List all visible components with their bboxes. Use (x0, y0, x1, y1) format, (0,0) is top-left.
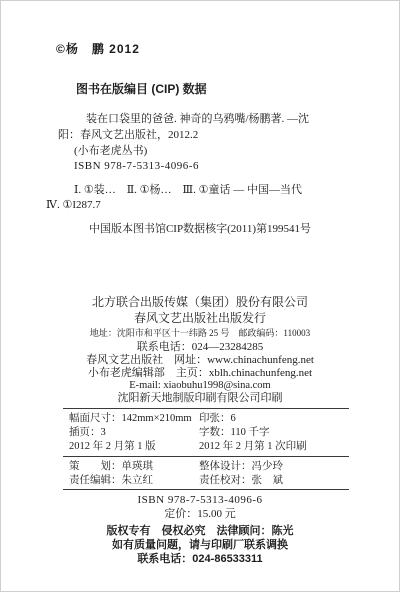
divider-top (63, 408, 349, 409)
table-row: 幅面尺寸：142mm×210mm 印张：6 (69, 413, 349, 425)
price-line: 定价：15.00 元 (1, 508, 399, 520)
table-row: 责任编辑：朱立红 责任校对：张 斌 (69, 475, 349, 487)
table-row: 2012 年 2 月第 1 版 2012 年 2 月第 1 次印刷 (69, 441, 349, 453)
table-row: 策 划：单瑛琪 整体设计：冯少玲 (69, 461, 349, 473)
cip-heading: 图书在版编目 (CIP) 数据 (76, 83, 207, 96)
spec-printing: 2012 年 2 月第 1 次印刷 (199, 441, 307, 453)
copyright-line: ©杨 鹏 2012 (56, 43, 140, 56)
publisher-email: E-mail: xiaobuhu1998@sina.com (1, 380, 399, 392)
cip-class-line1: Ⅰ. ①装… Ⅱ. ①杨… Ⅲ. ①童话 — 中国—当代 (74, 184, 302, 196)
publisher-address: 地址：沈阳市和平区十一纬路 25 号 邮政编码：110003 (1, 328, 399, 338)
cip-isbn: ISBN 978-7-5313-4096-6 (74, 160, 199, 172)
cip-entry-line2: 阳：春风文艺出版社，2012.2 (58, 129, 198, 141)
rights-notice-line1: 版权专有 侵权必究 法律顾问：陈光 (1, 525, 399, 537)
divider-bottom (63, 489, 349, 490)
spec-sheets: 印张：6 (199, 413, 236, 425)
publisher-group: 北方联合出版传媒（集团）股份有限公司 (1, 296, 399, 309)
cip-entry-line1: 装在口袋里的爸爸. 神奇的乌鸦嘴/杨鹏著. —沈 (86, 113, 309, 125)
staff-designer: 整体设计：冯少玲 (199, 461, 283, 473)
spec-size: 幅面尺寸：142mm×210mm (69, 413, 192, 424)
publisher-printer: 沈阳新天地制版印刷有限公司印刷 (1, 392, 399, 404)
publisher-press: 春风文艺出版社出版发行 (1, 312, 399, 325)
publisher-website: 春风文艺出版社 网址：www.chinachunfeng.net (1, 354, 399, 366)
spec-wordcount: 字数：110 千字 (199, 427, 270, 439)
isbn-line: ISBN 978-7-5313-4096-6 (1, 494, 399, 506)
staff-editor: 责任编辑：朱立红 (69, 475, 153, 486)
spec-edition: 2012 年 2 月第 1 版 (69, 441, 156, 452)
rights-notice-line3: 联系电话：024-86533311 (1, 553, 399, 565)
rights-notice-line2: 如有质量问题，请与印刷厂联系调换 (1, 539, 399, 551)
staff-proofreader: 责任校对：张 斌 (199, 475, 283, 487)
divider-middle (63, 456, 349, 457)
cip-class-line2: Ⅳ. ①I287.7 (46, 199, 101, 211)
copyright-page: ©杨 鹏 2012 图书在版编目 (CIP) 数据 装在口袋里的爸爸. 神奇的乌… (0, 0, 400, 592)
staff-planner: 策 划：单瑛琪 (69, 461, 153, 472)
publisher-phone: 联系电话：024—23284285 (1, 341, 399, 353)
spec-inserts: 插页：3 (69, 427, 106, 438)
publisher-homepage: 小布老虎编辑部 主页：xblh.chinachunfeng.net (1, 367, 399, 379)
cip-series: (小布老虎丛书) (74, 145, 147, 157)
table-row: 插页：3 字数：110 千字 (69, 427, 349, 439)
cip-registry: 中国版本图书馆CIP数据核字(2011)第199541号 (1, 223, 399, 235)
